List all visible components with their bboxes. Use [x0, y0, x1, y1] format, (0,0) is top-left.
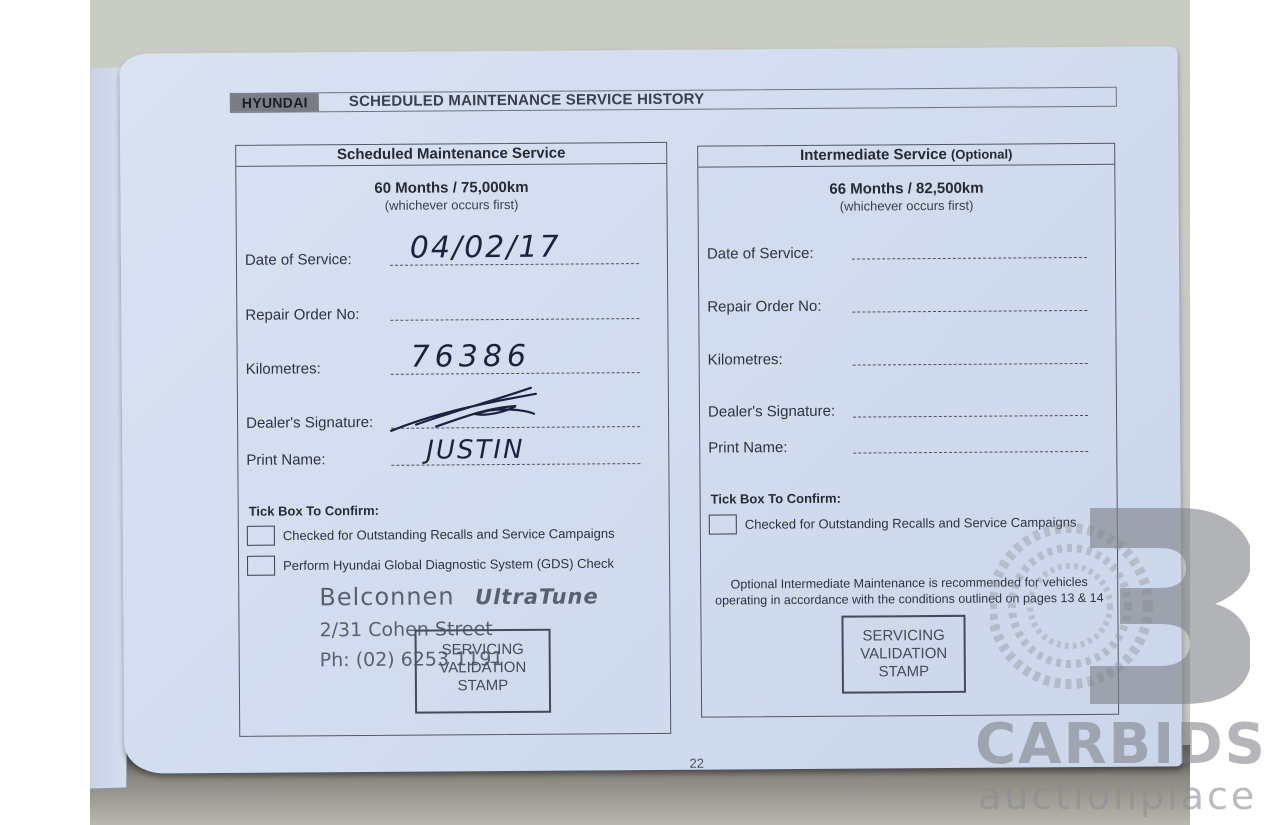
field-label: Dealer's Signature:: [246, 414, 373, 432]
field-label: Print Name:: [246, 451, 325, 469]
print-name-field[interactable]: Print Name:: [708, 426, 1088, 457]
checkbox[interactable]: [247, 556, 275, 576]
recalls-checkbox-row[interactable]: Checked for Outstanding Recalls and Serv…: [247, 523, 615, 548]
field-line: [853, 415, 1088, 418]
gds-checkbox-row[interactable]: Perform Hyundai Global Diagnostic System…: [247, 553, 614, 578]
watermark-tagline: auctionplace: [978, 774, 1257, 818]
stamp-line: SERVICING: [844, 627, 964, 646]
field-line: [390, 318, 639, 321]
field-label: Kilometres:: [708, 351, 783, 369]
field-line: [852, 310, 1087, 313]
date-of-service-field[interactable]: Date of Service:: [707, 232, 1087, 263]
optional-label: (Optional): [951, 146, 1012, 161]
field-label: Dealer's Signature:: [708, 403, 835, 421]
dealer-address: 2/31 Cohen Street: [319, 617, 599, 641]
dealer-signature-field[interactable]: Dealer's Signature:: [708, 390, 1088, 421]
watermark-name: CARBIDS: [975, 712, 1267, 777]
checkbox-label: Perform Hyundai Global Diagnostic System…: [283, 556, 614, 573]
signature-scribble-icon: [386, 386, 546, 437]
handwritten-name: JUSTIN: [426, 435, 524, 466]
dealer-stamp: Belconnen UltraTune 2/31 Cohen Street Ph…: [319, 581, 599, 671]
field-label: Repair Order No:: [245, 306, 359, 324]
brand-label: HYUNDAI: [231, 93, 319, 112]
stamp-line: STAMP: [417, 677, 549, 696]
panel-heading: Intermediate Service (Optional): [698, 144, 1114, 168]
interval-value: 66 Months / 82,500km: [698, 179, 1114, 199]
panel-heading: Scheduled Maintenance Service: [236, 143, 666, 167]
page-number: 22: [689, 756, 704, 771]
carbids-logo-icon: [990, 506, 1250, 706]
checkbox[interactable]: [709, 514, 737, 534]
field-label: Print Name:: [708, 439, 787, 457]
field-label: Date of Service:: [245, 251, 352, 269]
service-interval: 66 Months / 82,500km (whichever occurs f…: [698, 179, 1114, 215]
field-label: Kilometres:: [246, 360, 321, 378]
dealer-name: Belconnen: [319, 582, 454, 611]
handwritten-date: 04/02/17: [410, 230, 561, 266]
dealer-signature-field[interactable]: Dealer's Signature:: [246, 401, 640, 432]
kilometres-field[interactable]: Kilometres:: [708, 338, 1088, 369]
kilometres-field[interactable]: Kilometres: 76386: [246, 347, 640, 378]
interval-note: (whichever occurs first): [237, 196, 667, 214]
date-of-service-field[interactable]: Date of Service: 04/02/17: [245, 238, 639, 269]
repair-order-field[interactable]: Repair Order No:: [707, 285, 1087, 316]
scheduled-service-panel: Scheduled Maintenance Service 60 Months …: [235, 142, 671, 737]
checkbox[interactable]: [247, 526, 275, 546]
field-label: Repair Order No:: [707, 298, 821, 316]
field-line: [853, 451, 1088, 454]
service-interval: 60 Months / 75,000km (whichever occurs f…: [236, 178, 666, 214]
tick-heading: Tick Box To Confirm:: [711, 491, 841, 507]
repair-order-field[interactable]: Repair Order No:: [245, 293, 639, 324]
interval-note: (whichever occurs first): [699, 197, 1115, 215]
validation-stamp-box: SERVICING VALIDATION STAMP: [841, 615, 966, 694]
stamp-line: VALIDATION: [844, 645, 964, 664]
heading-text: Intermediate Service: [800, 146, 947, 164]
interval-value: 60 Months / 75,000km: [236, 178, 666, 198]
page-title: SCHEDULED MAINTENANCE SERVICE HISTORY: [349, 91, 705, 111]
tick-heading: Tick Box To Confirm:: [249, 503, 379, 519]
checkbox-label: Checked for Outstanding Recalls and Serv…: [283, 526, 615, 543]
dealer-phone: Ph: (02) 6253 1191: [320, 647, 600, 671]
stamp-line: STAMP: [844, 663, 964, 682]
print-name-field[interactable]: Print Name: JUSTIN: [246, 438, 640, 469]
page-header: HYUNDAI SCHEDULED MAINTENANCE SERVICE HI…: [230, 87, 1117, 113]
field-line: [853, 363, 1088, 366]
handwritten-kilometres: 76386: [411, 339, 532, 375]
field-label: Date of Service:: [707, 245, 814, 263]
field-line: [852, 257, 1087, 260]
ultratune-logo: UltraTune: [475, 584, 599, 609]
